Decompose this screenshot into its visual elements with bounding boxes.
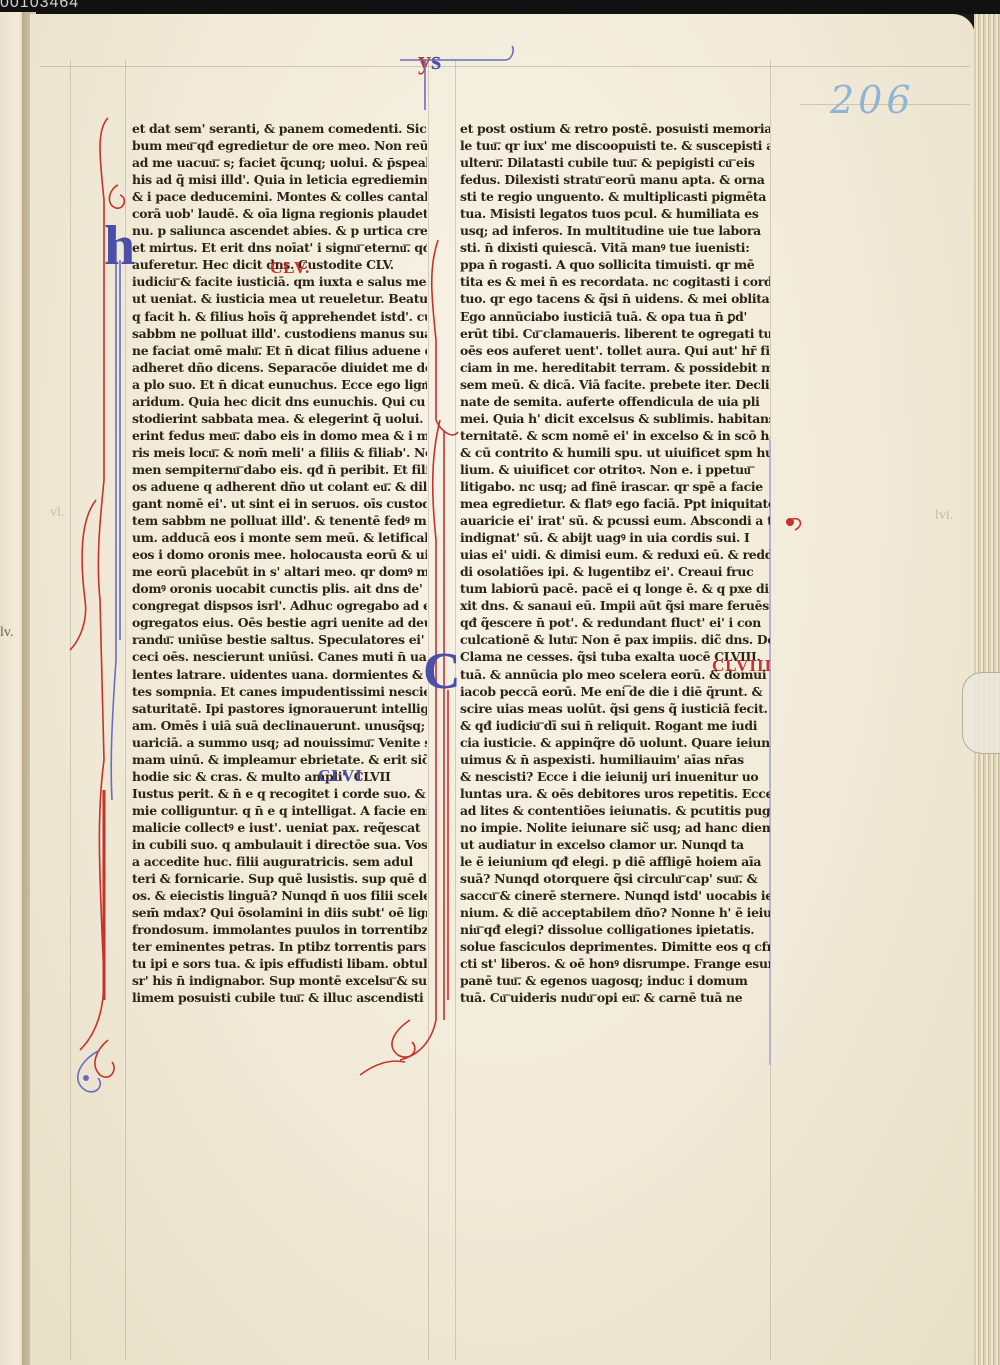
text-line: erūt tibi. Cu͞ clamaueris. liberent te o…: [460, 325, 770, 342]
text-line: uimus & n̄ aspexisti. humiliauim' aīas n…: [460, 751, 770, 768]
text-line: os. & eiecistis linguā? Nunqd n̄ uos fil…: [132, 887, 427, 904]
initial-letter-h: h: [104, 214, 135, 278]
text-line: usq; ad inferos. In multitudine uie tue …: [460, 222, 770, 239]
text-line: adheret dño dicens. Separacōe diuidet me…: [132, 359, 427, 376]
text-line: iacob peccā eorū. Me eni͞ de die i diē q…: [460, 683, 770, 700]
text-line: Ego annūciabo iusticiā tuā. & opa tua n̄…: [460, 308, 770, 325]
text-line: limem posuisti cubile tuu͞. & illuc asce…: [132, 989, 427, 1006]
text-line: lium. & uiuificet cor otritoꝛ. Non e. i …: [460, 461, 770, 478]
text-line: erint fedus meu͞. dabo eis in domo mea &…: [132, 427, 427, 444]
text-line: sti te regio unguento. & multiplicasti p…: [460, 188, 770, 205]
text-line: tua. Misisti legatos tuos pcul. & humili…: [460, 205, 770, 222]
text-line: randu͞. uniūse bestie saltus. Speculator…: [132, 631, 427, 648]
text-line: oēs eos auferet uent'. tollet aura. Qui …: [460, 342, 770, 359]
text-line: sem̄ mdax? Qui ōsolamini in diis subt' o…: [132, 904, 427, 921]
text-line: et mirtus. Et erit dns noīat' i signu͞ e…: [132, 239, 427, 256]
text-line: malicie collectꝰ e iust'. ueniat pax. re…: [132, 819, 427, 836]
text-line: os aduene q adherent dño ut colant eu͞. …: [132, 478, 427, 495]
text-line: suā? Nunqd otorquere q̃si circulu͞ cap' …: [460, 870, 770, 887]
text-line: no impie. Nolite ieiunare sic̃ usq; ad h…: [460, 819, 770, 836]
text-line: scire uias meas uolūt. q̃si gens q̃ iust…: [460, 700, 770, 717]
text-line: mam uinū. & impleamur ebrietate. & erit …: [132, 751, 427, 768]
text-line: ut ueniat. & iusticia mea ut reueletur. …: [132, 290, 427, 307]
text-line: tuo. qr ego tacens & q̃si n̄ uidens. & m…: [460, 290, 770, 307]
text-line: et post ostium & retro postē. posuisti m…: [460, 120, 770, 137]
text-line: Iustus perit. & n̄ e q recogitet i corde…: [132, 785, 427, 802]
text-line: tuā. Cu͞ uideris nudu͞ opi eu͞. & carnē …: [460, 989, 770, 1006]
text-line: ne faciat omē malu͞. Et n̄ dicat filius …: [132, 342, 427, 359]
text-line: et dat sem' seranti, & panem comedenti. …: [132, 120, 427, 137]
text-line: cti st' liberos. & oē honꝰ disrumpe. Fra…: [460, 955, 770, 972]
text-line: tum labiorū pacē. pacē ei q longe ē. & q…: [460, 580, 770, 597]
text-line: xit dns. & sanaui eū. Impii aūt q̃si mar…: [460, 597, 770, 614]
text-line: men sempiternu͞ dabo eis. qđ n̄ peribit.…: [132, 461, 427, 478]
text-line: ulteru͞. Dilatasti cubile tuu͞. & pepigi…: [460, 154, 770, 171]
text-line: ut audiatur in excelso clamor ur. Nunqd …: [460, 836, 770, 853]
text-line: ppa n̄ rogasti. A quo sollicita timuisti…: [460, 256, 770, 273]
text-line: a accedite huc. filii auguratricis. sem …: [132, 853, 427, 870]
text-line: nate de semita. auferte offendicula de u…: [460, 393, 770, 410]
text-line: sem meū. & dicā. Viā facite. prebete ite…: [460, 376, 770, 393]
text-line: niu͞ qđ elegi? dissolue colligationes ip…: [460, 921, 770, 938]
right-text-column: et post ostium & retro postē. posuisti m…: [460, 120, 770, 1006]
text-line: le ē ieiunium qđ elegi. p diē affligē ho…: [460, 853, 770, 870]
text-line: mea egredietur. & flatꝰ ego faciā. Ppt i…: [460, 495, 770, 512]
text-line: & i pace deducemini. Montes & colles can…: [132, 188, 427, 205]
text-line: culcationē & lutu͞. Non ē pax impiis. di…: [460, 631, 770, 648]
text-line: gant nomē ei'. ut sint ei in seruos. oīs…: [132, 495, 427, 512]
text-line: & qđ iudiciu͞ dī sui n̄ reliquit. Rogant…: [460, 717, 770, 734]
left-text-column: et dat sem' seranti, & panem comedenti. …: [132, 120, 427, 1006]
chapter-marker-lv: CLV.: [270, 258, 310, 278]
text-line: eos i domo oronis mee. holocausta eorū &…: [132, 546, 427, 563]
text-line: mei. Quia h' dicit excelsus & sublimis. …: [460, 410, 770, 427]
text-line: luntas ura. & oēs debitores uros repetit…: [460, 785, 770, 802]
chapter-marker-lviii: CLVIII: [712, 656, 772, 676]
text-line: q facit h. & filius hoīs q̃ apprehendet …: [132, 308, 427, 325]
text-line: tem sabbm ne polluat illd'. & tenentē fe…: [132, 512, 427, 529]
text-line: ternitatē. & scm nomē ei' in excelso & i…: [460, 427, 770, 444]
text-line: le tuu͞. qr iux' me discoopuisti te. & s…: [460, 137, 770, 154]
text-line: bum meu͞ qđ egredietur de ore meo. Non r…: [132, 137, 427, 154]
text-line: saccu͞ & cinerē sternere. Nunqd istd' uo…: [460, 887, 770, 904]
initial-letter-c: C: [423, 642, 461, 701]
text-line: ceci oēs. nescierunt uniūsi. Canes muti …: [132, 648, 427, 665]
text-line: a plo suo. Et n̄ dicat eunuchus. Ecce eg…: [132, 376, 427, 393]
text-line: sti. n̄ dixisti quiescā. Vitā manꝰ tue i…: [460, 239, 770, 256]
text-line: domꝰ oronis uocabit cunctis plis. ait dn…: [132, 580, 427, 597]
text-line: his ad q̃ misi illd'. Quia in leticia eg…: [132, 171, 427, 188]
text-line: tita es & mei n̄ es recordata. nc cogita…: [460, 273, 770, 290]
text-line: indignat' sū. & abijt uagꝰ in uia cordis…: [460, 529, 770, 546]
text-line: frondosum. immolantes puulos in torrenti…: [132, 921, 427, 938]
text-line: ter eminentes petras. In ptibz torrentis…: [132, 938, 427, 955]
text-line: ad me uacuu͞. s; faciet q̃cunq; uolui. &…: [132, 154, 427, 171]
text-line: lentes latrare. uidentes uana. dormiente…: [132, 666, 427, 683]
text-line: ris meis locu͞. & nom̄ meli' a filiis & …: [132, 444, 427, 461]
text-line: di osolatiões ipi. & lugentibz ei'. Crea…: [460, 563, 770, 580]
text-line: cia iusticie. & appinq̃re dō uolunt. Qua…: [460, 734, 770, 751]
text-line: me eorū placebūt in s' altari meo. qr do…: [132, 563, 427, 580]
text-line: corā uob' laudē. & oīa ligna regionis pl…: [132, 205, 427, 222]
text-line: litigabo. nc usq; ad finē irascar. qr sp…: [460, 478, 770, 495]
text-line: ogregatos eius. Oēs bestie agri uenite a…: [132, 614, 427, 631]
text-line: stodierint sabbata mea. & elegerint q̃ u…: [132, 410, 427, 427]
text-line: uariciā. a summo usq; ad nouissimu͞. Ven…: [132, 734, 427, 751]
text-line: teri & fornicarie. Sup quē lusistis. sup…: [132, 870, 427, 887]
text-line: hodie sic & cras. & multo ampli'. CLVII: [132, 768, 427, 785]
text-line: uias ei' uidi. & dimisi eum. & reduxi eū…: [460, 546, 770, 563]
text-line: fedus. Dilexisti stratu͞ eorū manu apta.…: [460, 171, 770, 188]
text-line: am. Omēs i uiā suā declinauerunt. unusq̃…: [132, 717, 427, 734]
text-line: ciam in me. hereditabit terram. & possid…: [460, 359, 770, 376]
text-line: tes sompnia. Et canes impudentissimi nes…: [132, 683, 427, 700]
text-line: nium. & diē acceptabilem dño? Nonne h' ē…: [460, 904, 770, 921]
text-line: qđ q̃escere n̄ pot'. & redundant fluct' …: [460, 614, 770, 631]
text-line: & cū contrito & humili spu. ut uiuificet…: [460, 444, 770, 461]
text-line: ad lites & contentiões ieiunatis. & pcut…: [460, 802, 770, 819]
text-line: solue fasciculos deprimentes. Dimitte eo…: [460, 938, 770, 955]
text-line: auaricie ei' irat' sū. & pcussi eum. Abs…: [460, 512, 770, 529]
text-line: panē tuu͞. & egenos uagosq; induc i domu…: [460, 972, 770, 989]
text-line: in cubili suo. q ambulauit i directōe su…: [132, 836, 427, 853]
text-line: sr' his n̄ indignabor. Sup montē excelsu…: [132, 972, 427, 989]
text-line: congregat dispsos isrl'. Adhuc ogregabo …: [132, 597, 427, 614]
text-line: um. adducā eos i monte sem meū. & letifi…: [132, 529, 427, 546]
text-line: tu ipi e sors tua. & ipis effudisti liba…: [132, 955, 427, 972]
text-line: nu. p saliunca ascendet abies. & p urtic…: [132, 222, 427, 239]
text-line: aridum. Quia hec dicit dns eunuchis. Qui…: [132, 393, 427, 410]
text-line: sabbm ne polluat illd'. custodiens manus…: [132, 325, 427, 342]
chapter-marker-lvi: CLVI: [318, 766, 363, 786]
text-line: saturitatē. Ipi pastores ignorauerunt in…: [132, 700, 427, 717]
text-line: mie colliguntur. q n̄ e q intelligat. A …: [132, 802, 427, 819]
text-line: & nescisti? Ecce i die ieiunij uri inuen…: [460, 768, 770, 785]
